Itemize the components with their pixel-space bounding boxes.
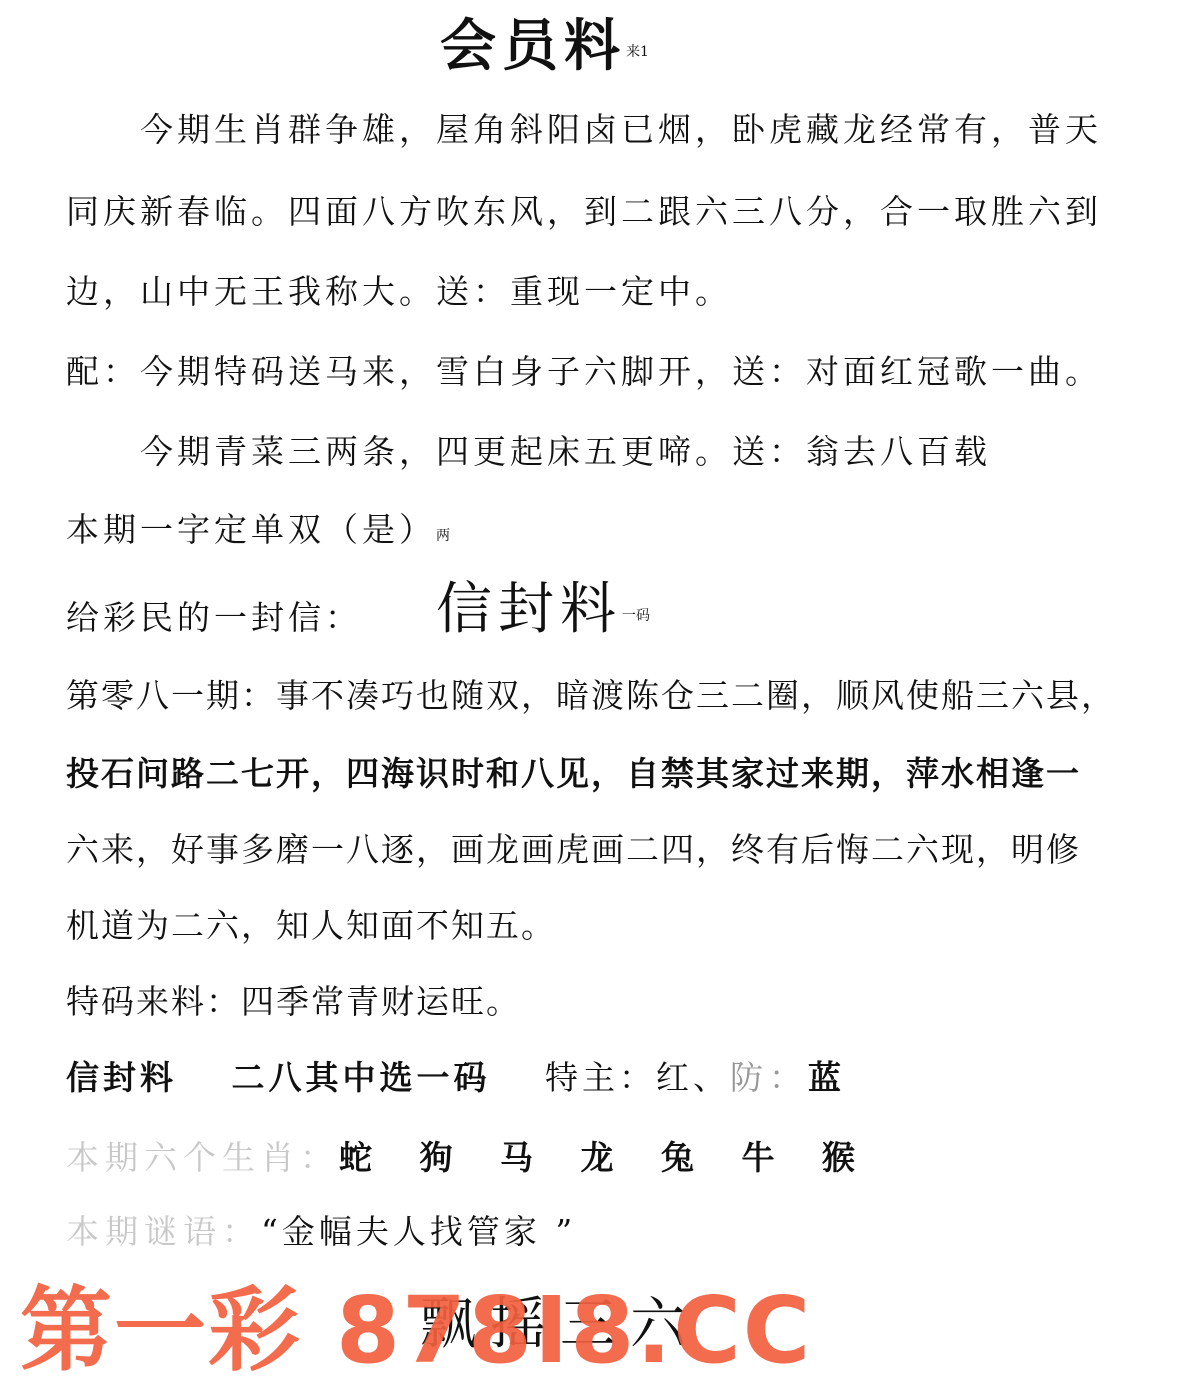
main-value: 红、 xyxy=(656,1058,730,1097)
zodiac-label: 本期六个生肖： xyxy=(66,1138,339,1177)
zodiac-row: 本期六个生肖：蛇 狗 马 龙 兔 牛 猴 xyxy=(66,1138,873,1178)
site-watermark: 第一彩 878I8.CC xyxy=(20,1276,812,1386)
guard-label: 防： xyxy=(730,1058,808,1097)
main-label: 特主： xyxy=(545,1058,656,1097)
letter-label: 给彩民的一封信： xyxy=(66,598,362,638)
issue-line-4: 机道为二六，知人知面不知五。 xyxy=(66,906,556,946)
member-title-note: 来1 xyxy=(626,44,649,60)
riddle-label: 本期谜语： xyxy=(66,1212,261,1251)
issue-line-2: 投石问路二七开，四海识时和八见，自禁其家过来期，萍水相逢一 xyxy=(66,754,1081,794)
poem-line-1: 今期生肖群争雄，屋角斜阳卤已烟，卧虎藏龙经常有，普天 xyxy=(140,110,1102,150)
issue-line-1: 第零八一期：事不凑巧也随双，暗渡陈仓三二圈，顺风使船三六县， xyxy=(66,676,1116,716)
letter-title-note: 一码 xyxy=(622,608,650,624)
odd-even-line: 本期一字定单双（是）两 xyxy=(66,510,450,550)
riddle-text: “金幅夫人找管家 ” xyxy=(261,1212,576,1251)
poem-line-2: 同庆新春临。四面八方吹东风，到二跟六三八分，合一取胜六到 xyxy=(66,192,1102,232)
riddle-row: 本期谜语：“金幅夫人找管家 ” xyxy=(66,1212,576,1252)
guard-value: 蓝 xyxy=(808,1058,845,1097)
letter-title: 信封料一码 xyxy=(436,578,650,642)
poem-line-3: 边，山中无王我称大。送：重现一定中。 xyxy=(66,272,732,312)
member-title-text: 会员料 xyxy=(440,13,626,79)
issue-line-3: 六来，好事多磨一八逐，画龙画虎画二四，终有后悔二六现，明修 xyxy=(66,830,1081,870)
envelope-pick: 二八其中选一码 xyxy=(232,1058,491,1097)
zodiac-animals: 蛇 狗 马 龙 兔 牛 猴 xyxy=(339,1138,873,1177)
pair-line: 配：今期特码送马来，雪白身子六脚开，送：对面红冠歌一曲。 xyxy=(66,352,1102,392)
envelope-row: 信封料 二八其中选一码 特主：红、防：蓝 xyxy=(66,1058,845,1098)
odd-even-note: 两 xyxy=(436,528,450,544)
green-line: 今期青菜三两条，四更起床五更啼。送：翁去八百载 xyxy=(140,432,991,472)
member-title: 会员料来1 xyxy=(440,14,649,78)
letter-title-text: 信封料 xyxy=(436,577,622,642)
envelope-label: 信封料 xyxy=(66,1058,177,1097)
odd-even-text: 本期一字定单双（是） xyxy=(66,510,436,549)
special-line: 特码来料：四季常青财运旺。 xyxy=(66,982,521,1022)
